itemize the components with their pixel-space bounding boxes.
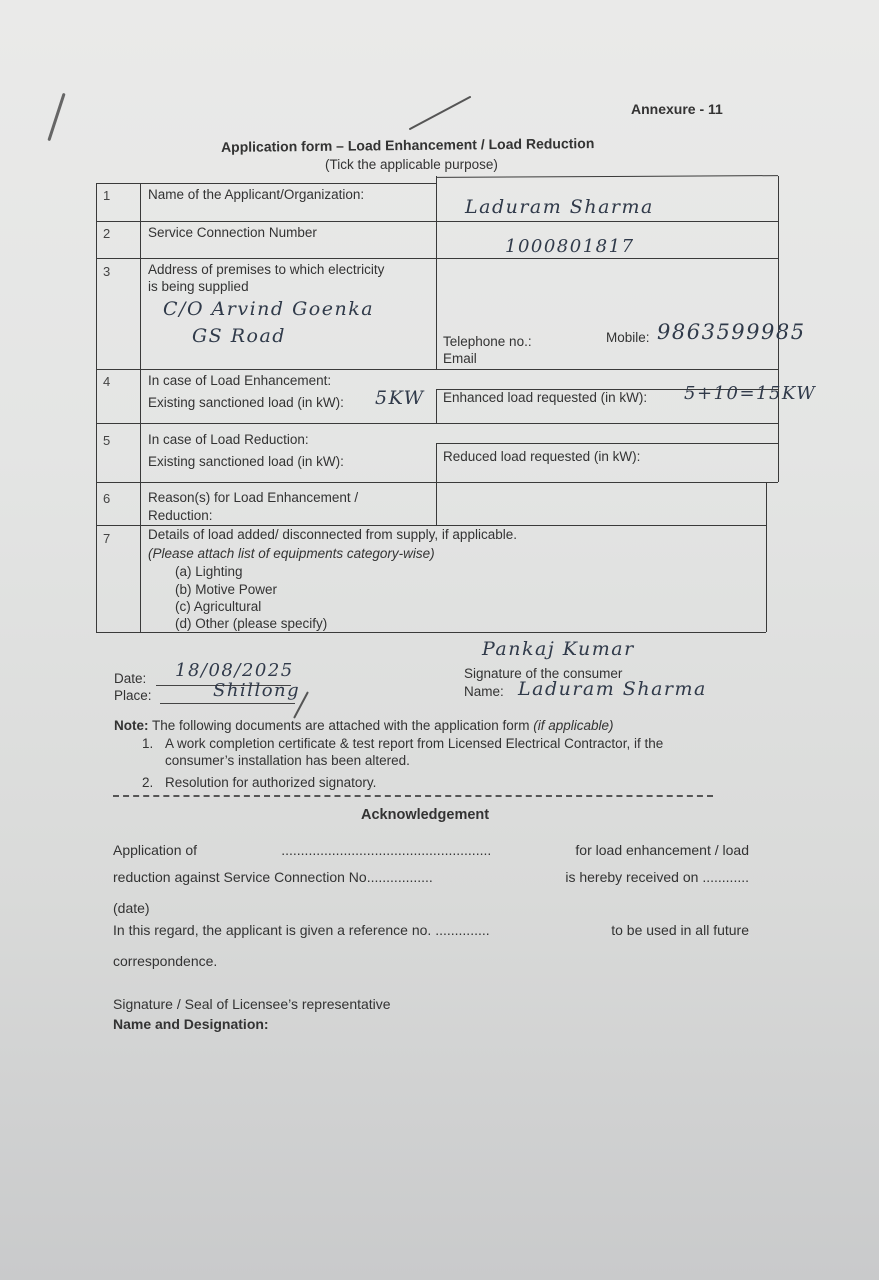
stray-pen-mark bbox=[47, 93, 65, 141]
existing-load-enh-label: Existing sanctioned load (in kW): bbox=[148, 394, 344, 411]
note-label: Note: bbox=[114, 718, 149, 733]
row-6-number: 6 bbox=[103, 490, 110, 507]
service-connection-label: Service Connection Number bbox=[148, 224, 317, 241]
ack-line-2: reduction against Service Connection No.… bbox=[113, 869, 749, 885]
ack-line-4: In this regard, the applicant is given a… bbox=[113, 922, 749, 938]
dashed-divider bbox=[113, 795, 713, 797]
name-designation-label: Name and Designation: bbox=[113, 1016, 269, 1032]
applicant-name-field[interactable]: Laduram Sharma bbox=[465, 196, 654, 218]
row-4-number: 4 bbox=[103, 373, 110, 390]
ack-line-1: Application of .........................… bbox=[113, 842, 749, 858]
category-motive-power: (b) Motive Power bbox=[175, 581, 277, 598]
note-item-1-line1: A work completion certificate & test rep… bbox=[165, 735, 663, 752]
acknowledgement-title: Acknowledgement bbox=[361, 807, 489, 823]
email-label: Email bbox=[443, 350, 477, 367]
address-line2-field[interactable]: GS Road bbox=[192, 325, 286, 347]
note-item-2-number: 2. bbox=[142, 774, 153, 791]
applicant-name-label: Name of the Applicant/Organization: bbox=[148, 186, 364, 203]
row-2-number: 2 bbox=[103, 225, 110, 242]
date-label: Date: bbox=[114, 670, 146, 687]
load-reduction-heading: In case of Load Reduction: bbox=[148, 431, 309, 448]
row-7-number: 7 bbox=[103, 530, 110, 547]
address-label-line1: Address of premises to which electricity bbox=[148, 261, 384, 278]
category-lighting: (a) Lighting bbox=[175, 563, 243, 580]
service-connection-field[interactable]: 1000801817 bbox=[505, 236, 635, 257]
ack-line-3: (date) bbox=[113, 900, 150, 916]
load-details-label: Details of load added/ disconnected from… bbox=[148, 526, 517, 543]
consumer-name-field[interactable]: Laduram Sharma bbox=[518, 678, 707, 700]
row-1-number: 1 bbox=[103, 187, 110, 204]
form-subtitle: (Tick the applicable purpose) bbox=[325, 157, 498, 172]
note-text: Note: The following documents are attach… bbox=[114, 717, 614, 734]
load-details-sublabel: (Please attach list of equipments catego… bbox=[148, 545, 435, 562]
telephone-label: Telephone no.: bbox=[443, 333, 532, 350]
category-other: (d) Other (please specify) bbox=[175, 615, 327, 632]
consumer-signature[interactable]: Pankaj Kumar bbox=[482, 638, 635, 660]
note-item-1-line2: consumer’s installation has been altered… bbox=[165, 752, 410, 769]
place-underline bbox=[160, 703, 295, 704]
place-label: Place: bbox=[114, 687, 152, 704]
mobile-field[interactable]: 9863599985 bbox=[657, 320, 806, 344]
pen-stroke-title bbox=[409, 96, 472, 131]
row-5-number: 5 bbox=[103, 432, 110, 449]
address-label-line2: is being supplied bbox=[148, 278, 249, 295]
mobile-label: Mobile: bbox=[606, 329, 650, 346]
category-agricultural: (c) Agricultural bbox=[175, 598, 261, 615]
existing-load-enh-field[interactable]: 5KW bbox=[375, 387, 425, 409]
date-field[interactable]: 18/08/2025 bbox=[175, 660, 294, 681]
existing-load-red-label: Existing sanctioned load (in kW): bbox=[148, 453, 344, 470]
note-item-2-line1: Resolution for authorized signatory. bbox=[165, 774, 376, 791]
reason-label-line1: Reason(s) for Load Enhancement / bbox=[148, 489, 358, 506]
reduced-load-label: Reduced load requested (in kW): bbox=[443, 448, 640, 465]
load-enhancement-heading: In case of Load Enhancement: bbox=[148, 372, 331, 389]
row-3-number: 3 bbox=[103, 263, 110, 280]
consumer-name-label: Name: bbox=[464, 683, 504, 700]
form-title: Application form – Load Enhancement / Lo… bbox=[221, 135, 595, 155]
enhanced-load-field[interactable]: 5+10=15KW bbox=[684, 383, 816, 404]
ack-line-5: correspondence. bbox=[113, 953, 217, 969]
reason-label-line2: Reduction: bbox=[148, 507, 213, 524]
licensee-signature-label: Signature / Seal of Licensee’s represent… bbox=[113, 996, 391, 1012]
note-item-1-number: 1. bbox=[142, 735, 153, 752]
place-field[interactable]: Shillong bbox=[213, 680, 300, 701]
enhanced-load-label: Enhanced load requested (in kW): bbox=[443, 389, 647, 406]
address-line1-field[interactable]: C/O Arvind Goenka bbox=[163, 298, 374, 320]
annexure-label: Annexure - 11 bbox=[631, 101, 723, 117]
